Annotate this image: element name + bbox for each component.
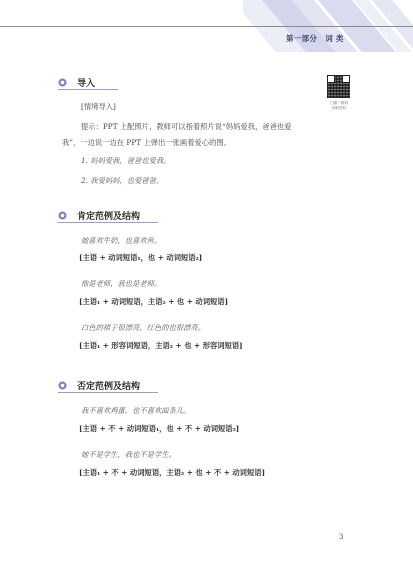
page-number: 3 xyxy=(339,533,343,541)
heading-underline xyxy=(58,222,158,223)
heading-underline xyxy=(58,392,158,393)
qr-code xyxy=(327,75,350,98)
structure-formula: [主语₁ + 动词短语，主语₂ + 也 + 动词短语] xyxy=(79,294,228,310)
structure-formula: [主语₁ + 形容词短语，主语₂ + 也 + 形容词短语] xyxy=(79,338,243,354)
section-heading-negative: 否定范例及结构 xyxy=(58,378,140,392)
section-heading-intro: 导入 xyxy=(58,75,95,89)
hint-line-2: 我”，一边说一边在 PPT 上弹出一张画着爱心的图。 xyxy=(62,135,231,151)
example-sentence: 白色的裙子很漂亮，红色的也很漂亮。 xyxy=(81,320,205,336)
chapter-label: 词 类 xyxy=(325,34,344,43)
list-item: 2. 我爱妈妈，也爱爸爸。 xyxy=(81,173,163,189)
section-title: 否定范例及结构 xyxy=(77,379,140,392)
structure-formula: [主语₁ + 不 + 动词短语，主语₂ + 也 + 不 + 动词短语] xyxy=(79,465,265,481)
example-sentence: 他是老师，我也是老师。 xyxy=(81,276,161,292)
example-sentence: 她不是学生，我也不是学生。 xyxy=(81,447,176,463)
gear-icon xyxy=(58,211,67,220)
gear-icon xyxy=(58,381,67,390)
structure-formula: [主语 + 不 + 动词短语₁，也 + 不 + 动词短语₂] xyxy=(79,421,239,437)
section-heading-affirmative: 肯定范例及结构 xyxy=(58,208,140,222)
intro-label: [情境导入] xyxy=(81,99,116,115)
part-label: 第一部分 xyxy=(286,34,317,43)
header-rule xyxy=(0,26,413,27)
section-title: 导入 xyxy=(77,76,95,89)
running-header: 第一部分词 类 xyxy=(286,33,344,44)
gear-icon xyxy=(58,78,67,87)
heading-underline xyxy=(58,89,118,90)
example-sentence: 我不喜欢鸡蛋，也不喜欢面条儿。 xyxy=(81,403,190,419)
section-title: 肯定范例及结构 xyxy=(77,209,140,222)
hint-line-1: 提示：PPT 上配照片，教师可以指着照片说“妈妈爱我，爸爸也爱 xyxy=(81,119,291,135)
structure-formula: [主语 + 动词短语₁，也 + 动词短语₂] xyxy=(79,250,202,266)
example-sentence: 她喜欢牛奶，也喜欢鱼。 xyxy=(81,233,161,249)
qr-caption: 扫描二维码 获取资料 xyxy=(322,101,356,111)
list-item: 1. 妈妈爱我，爸爸也爱我。 xyxy=(81,153,171,169)
